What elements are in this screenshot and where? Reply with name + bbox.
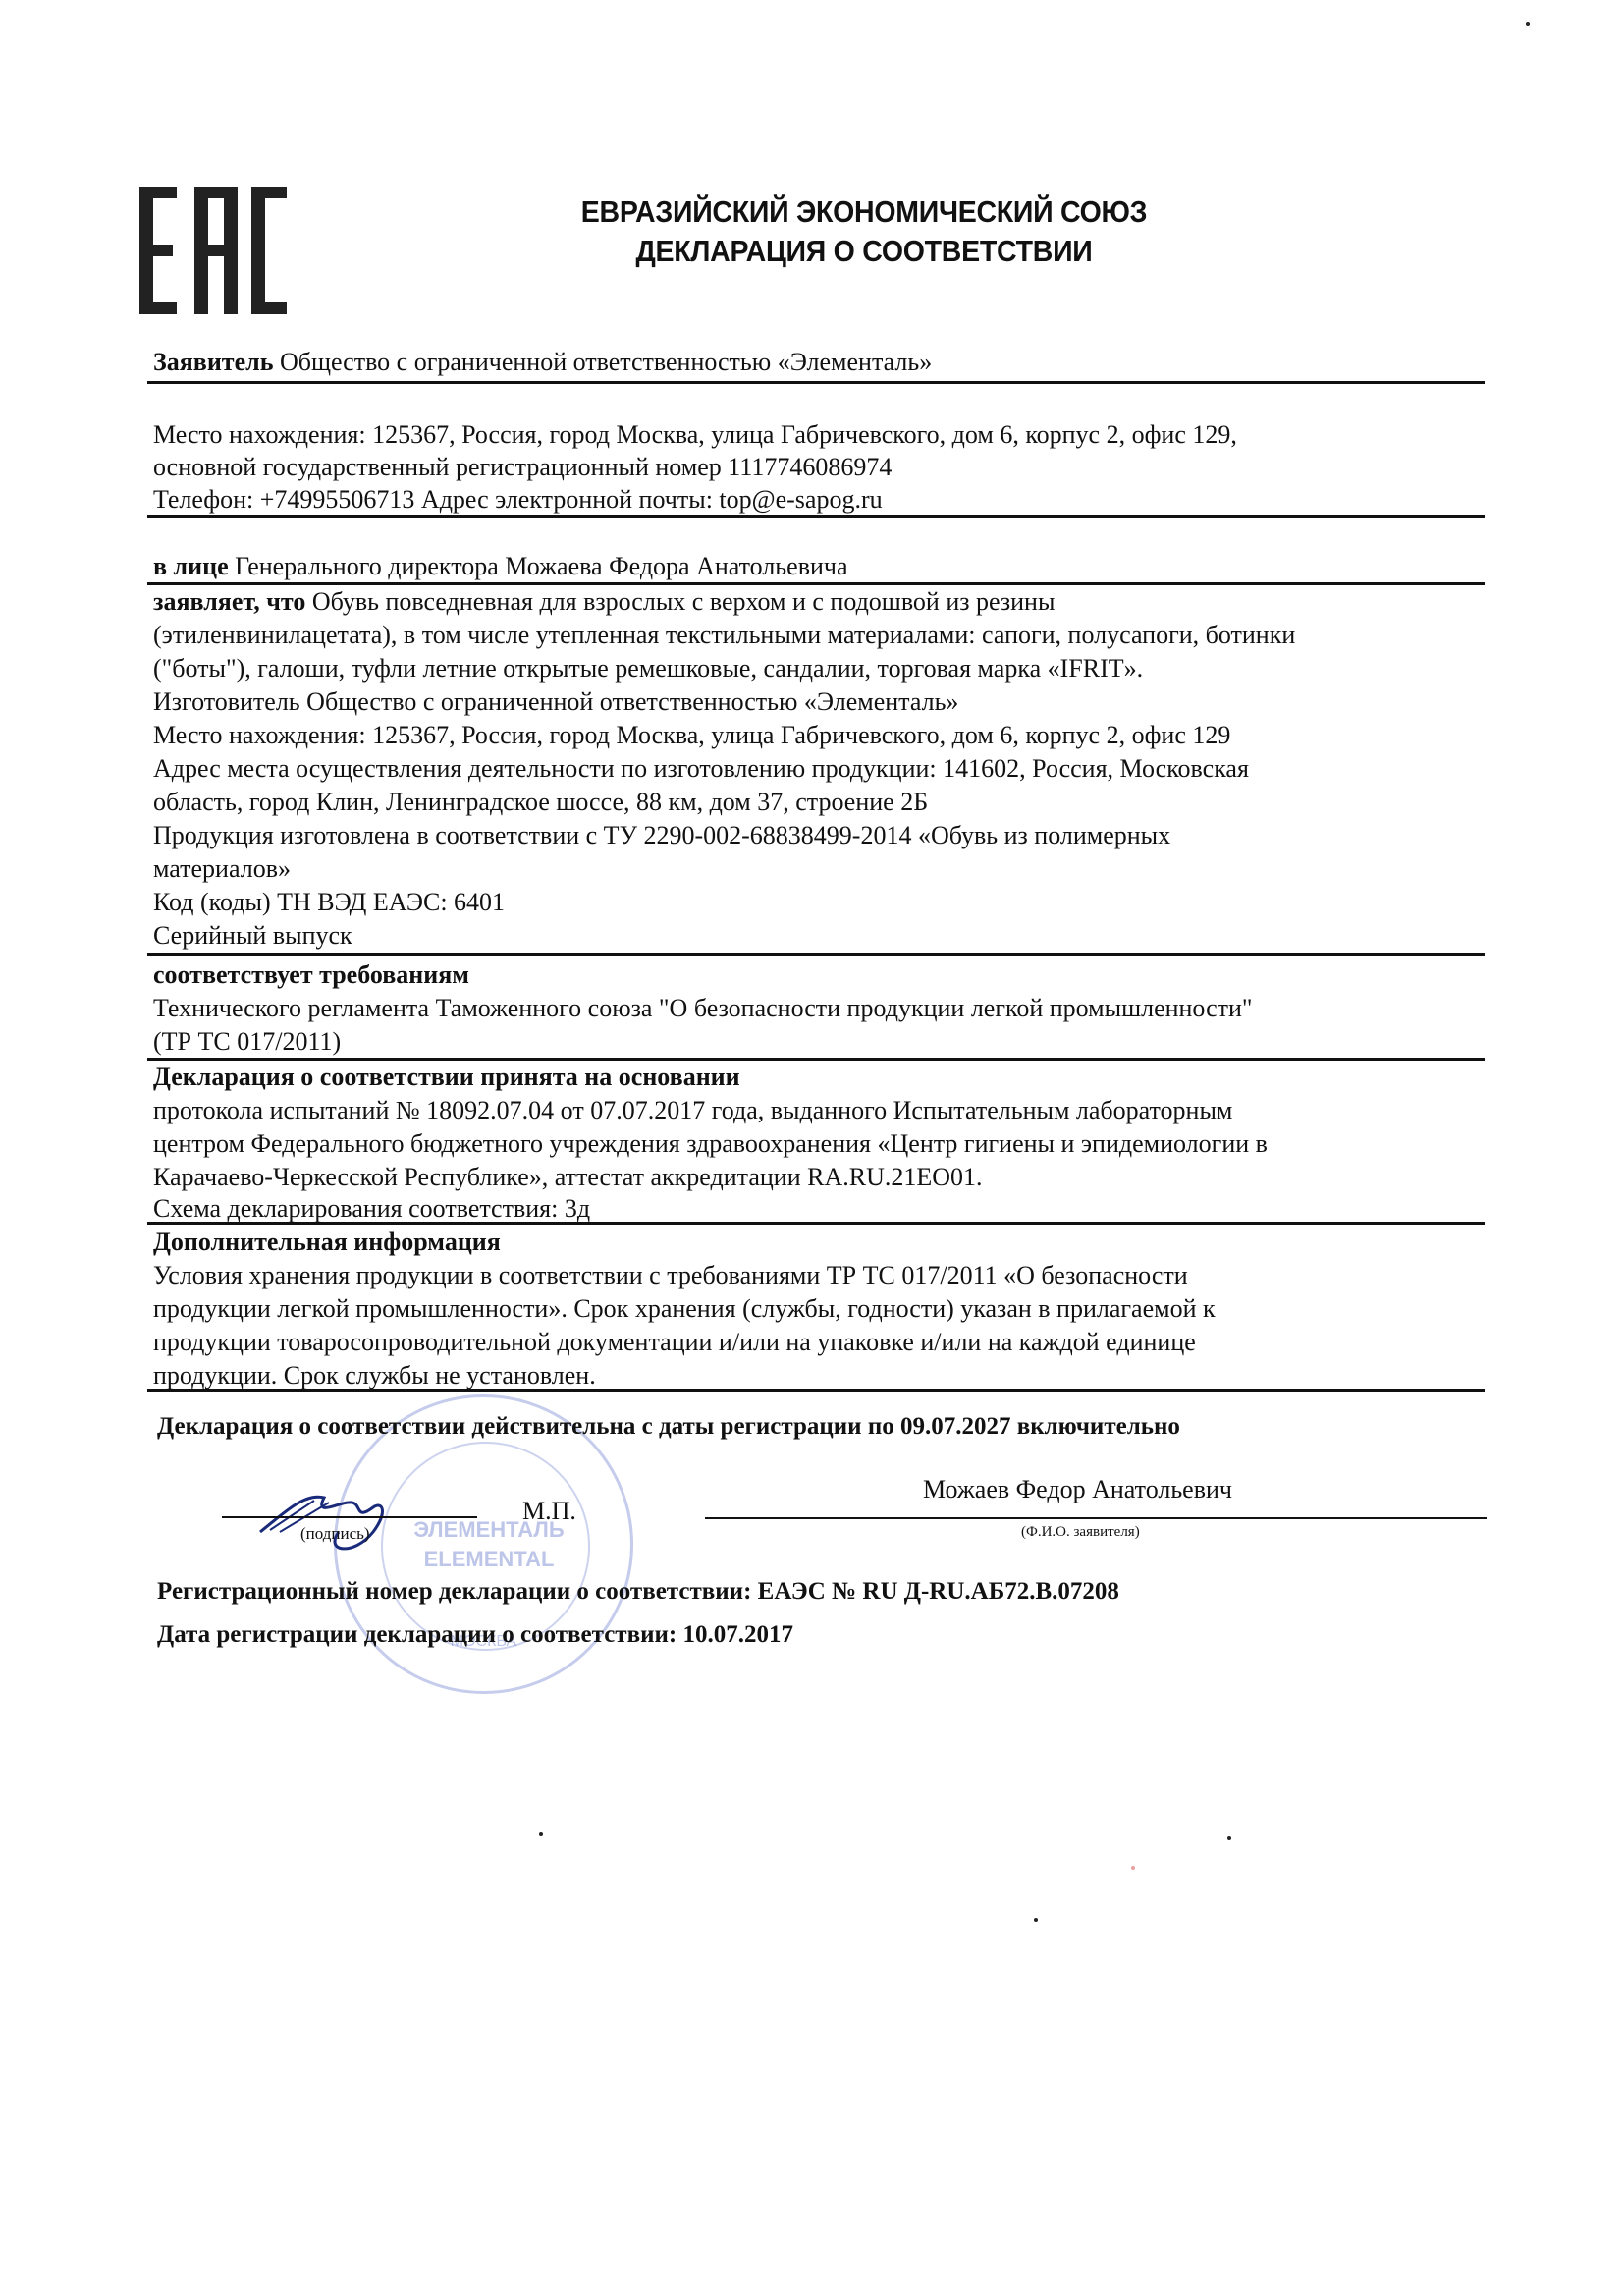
applicant-row: Заявитель Общество с ограниченной ответс… [153, 346, 932, 379]
applicant-ogrn: основной государственный регистрационный… [153, 451, 892, 484]
product-line-2: (этиленвинилацетата), в том числе утепле… [153, 619, 1295, 652]
representative-label: в лице [153, 552, 229, 580]
representative-value: Генерального директора Можаева Федора Ан… [235, 552, 847, 580]
additional-line-1: Условия хранения продукции в соответстви… [153, 1259, 1188, 1292]
seal-brand-en: ELEMENTAL [396, 1545, 582, 1574]
signer-name: Можаев Федор Анатольевич [923, 1473, 1232, 1506]
eac-logo [139, 187, 287, 314]
complies-line-1: Технического регламента Таможенного союз… [153, 992, 1253, 1025]
applicant-contacts: Телефон: +74995506713 Адрес электронной … [153, 483, 883, 517]
divider [147, 381, 1485, 384]
declaration-scheme: Схема декларирования соответствия: 3д [153, 1192, 590, 1226]
signer-name-caption: (Ф.И.О. заявителя) [1021, 1524, 1140, 1541]
declares-row: заявляет, что Обувь повседневная для взр… [153, 585, 1055, 619]
divider [147, 1389, 1485, 1392]
additional-line-4: продукции. Срок службы не установлен. [153, 1359, 596, 1393]
spec-line-1: Продукция изготовлена в соответствии с Т… [153, 819, 1170, 852]
production-address-1: Адрес места осуществления деятельности п… [153, 752, 1249, 786]
applicant-address: Место нахождения: 125367, Россия, город … [153, 418, 1237, 452]
complies-line-2: (ТР ТС 017/2011) [153, 1025, 341, 1059]
applicant-name: Общество с ограниченной ответственностью… [280, 348, 932, 376]
additional-line-3: продукции товаросопроводительной докумен… [153, 1326, 1196, 1359]
release-type: Серийный выпуск [153, 919, 352, 953]
eac-mark-icon [139, 187, 287, 314]
divider [147, 1222, 1485, 1225]
scan-speck [1227, 1836, 1231, 1840]
basis-line-2: центром Федерального бюджетного учрежден… [153, 1127, 1268, 1161]
seal-label: М.П. [522, 1495, 576, 1528]
spec-line-2: материалов» [153, 852, 291, 886]
scan-speck [1526, 22, 1530, 26]
declares-label: заявляет, что [153, 587, 305, 616]
signer-name-line [705, 1517, 1487, 1519]
basis-line-1: протокола испытаний № 18092.07.04 от 07.… [153, 1094, 1232, 1127]
divider [147, 953, 1485, 956]
divider [147, 515, 1485, 518]
header-union-title: ЕВРАЗИЙСКИЙ ЭКОНОМИЧЕСКИЙ СОЮЗ [539, 192, 1189, 232]
scan-speck [1034, 1918, 1038, 1922]
representative-row: в лице Генерального директора Можаева Фе… [153, 550, 848, 583]
validity-statement: Декларация о соответствии действительна … [157, 1410, 1180, 1444]
registration-date: Дата регистрации декларации о соответств… [157, 1618, 793, 1652]
scan-speck [1131, 1866, 1135, 1870]
basis-label: Декларация о соответствии принята на осн… [153, 1061, 740, 1094]
signature-line [222, 1516, 477, 1518]
header-declaration-title: ДЕКЛАРАЦИЯ О СООТВЕТСТВИИ [539, 232, 1189, 271]
product-line-3: ("боты"), галоши, туфли летние открытые … [153, 652, 1143, 685]
basis-line-3: Карачаево-Черкесской Республике», аттест… [153, 1161, 983, 1194]
complies-label: соответствует требованиям [153, 958, 469, 992]
scan-speck [539, 1832, 543, 1836]
additional-line-2: продукции легкой промышленности». Срок х… [153, 1292, 1216, 1326]
manufacturer: Изготовитель Общество с ограниченной отв… [153, 685, 958, 719]
manufacturer-address: Место нахождения: 125367, Россия, город … [153, 719, 1230, 752]
additional-label: Дополнительная информация [153, 1226, 501, 1259]
document-header: ЕВРАЗИЙСКИЙ ЭКОНОМИЧЕСКИЙ СОЮЗ ДЕКЛАРАЦИ… [539, 192, 1189, 271]
applicant-label: Заявитель [153, 348, 273, 376]
production-address-2: область, город Клин, Ленинградское шоссе… [153, 786, 928, 819]
signature-caption: (подпись) [300, 1524, 370, 1544]
tnved-code: Код (коды) ТН ВЭД ЕАЭС: 6401 [153, 886, 505, 919]
product-line-1: Обувь повседневная для взрослых с верхом… [312, 587, 1056, 616]
registration-number: Регистрационный номер декларации о соотв… [157, 1575, 1119, 1609]
